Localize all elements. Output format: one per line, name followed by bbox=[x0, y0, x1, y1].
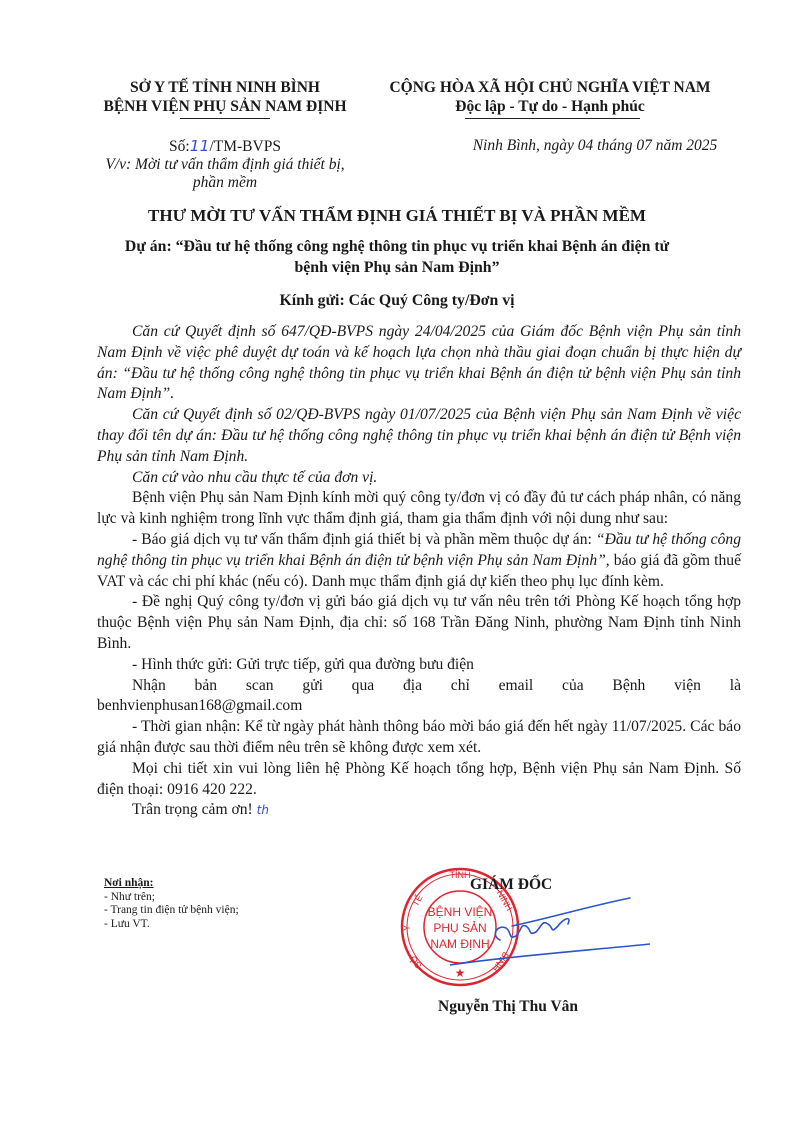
quote-request-paragraph: - Báo giá dịch vụ tư vấn thẩm định giá t… bbox=[97, 530, 741, 592]
number-suffix: /TM-BVPS bbox=[209, 138, 281, 155]
deadline-paragraph: - Thời gian nhận: Kể từ ngày phát hành t… bbox=[97, 717, 741, 759]
header-right-underline bbox=[465, 118, 640, 119]
document-reference: Số:11/TM-BVPS V/v: Mời tư vấn thẩm định … bbox=[95, 137, 355, 192]
letter-body: Căn cứ Quyết định số 647/QĐ-BVPS ngày 24… bbox=[97, 322, 741, 821]
invitation-paragraph: Bệnh viện Phụ sản Nam Định kính mời quý … bbox=[97, 488, 741, 530]
signature-icon bbox=[450, 880, 650, 970]
svg-text:Y: Y bbox=[402, 925, 412, 931]
basis-paragraph-1: Căn cứ Quyết định số 647/QĐ-BVPS ngày 24… bbox=[97, 322, 741, 405]
document-title: THƯ MỜI TƯ VẤN THẨM ĐỊNH GIÁ THIẾT BỊ VÀ… bbox=[60, 206, 734, 226]
hospital-name: BỆNH VIỆN PHỤ SẢN NAM ĐỊNH bbox=[95, 97, 355, 116]
subject-line-1: V/v: Mời tư vấn thẩm định giá thiết bị, bbox=[95, 156, 355, 174]
email-intro-paragraph: Nhận bản scan gửi qua địa chỉ email của … bbox=[97, 676, 741, 697]
contact-paragraph: Mọi chi tiết xin vui lòng liên hệ Phòng … bbox=[97, 759, 741, 801]
country-name: CỘNG HÒA XÃ HỘI CHỦ NGHĨA VIỆT NAM bbox=[355, 78, 745, 97]
handwritten-initials: th bbox=[257, 803, 269, 817]
motto: Độc lập - Tự do - Hạnh phúc bbox=[355, 97, 745, 116]
submission-address-paragraph: - Đề nghị Quý công ty/đơn vị gửi báo giá… bbox=[97, 592, 741, 654]
project-line-2: bệnh viện Phụ sản Nam Định” bbox=[60, 257, 734, 278]
signatory-name: Nguyễn Thị Thu Vân bbox=[438, 998, 578, 1016]
department-name: SỞ Y TẾ TỈNH NINH BÌNH bbox=[95, 78, 355, 97]
national-motto: CỘNG HÒA XÃ HỘI CHỦ NGHĨA VIỆT NAM Độc l… bbox=[355, 78, 745, 116]
svg-text:TỈNH: TỈNH bbox=[450, 869, 471, 880]
handwritten-number: 11 bbox=[190, 137, 210, 155]
document-number: Số:11/TM-BVPS bbox=[95, 137, 355, 156]
recipient-item: - Trang tin điện tử bệnh viện; bbox=[104, 904, 239, 918]
recipient-item: - Lưu VT. bbox=[104, 918, 239, 932]
basis-paragraph-2: Căn cứ Quyết định số 02/QĐ-BVPS ngày 01/… bbox=[97, 405, 741, 467]
recipients-block: Nơi nhận: - Như trên; - Trang tin điện t… bbox=[104, 877, 239, 931]
number-prefix: Số: bbox=[169, 138, 190, 155]
project-line-1: Dự án: “Đầu tư hệ thống công nghệ thông … bbox=[60, 236, 734, 257]
closing-text: Trân trọng cảm ơn! bbox=[132, 801, 253, 818]
submission-method-paragraph: - Hình thức gửi: Gửi trực tiếp, gửi qua … bbox=[97, 655, 741, 676]
recipient-item: - Như trên; bbox=[104, 891, 239, 905]
recipient-line: Kính gửi: Các Quý Công ty/Đơn vị bbox=[60, 290, 734, 311]
issuing-authority: SỞ Y TẾ TỈNH NINH BÌNH BỆNH VIỆN PHỤ SẢN… bbox=[95, 78, 355, 116]
issue-date: Ninh Bình, ngày 04 tháng 07 năm 2025 bbox=[440, 137, 750, 155]
email-address[interactable]: benhvienphusan168@gmail.com bbox=[97, 696, 741, 717]
quote-request-lead: - Báo giá dịch vụ tư vấn thẩm định giá t… bbox=[132, 531, 596, 548]
header-left-underline bbox=[180, 118, 270, 119]
basis-paragraph-3: Căn cứ vào nhu cầu thực tế của đơn vị. bbox=[97, 468, 741, 489]
subject-line-2: phần mềm bbox=[95, 174, 355, 192]
closing-line: Trân trọng cảm ơn! th bbox=[97, 800, 741, 821]
recipients-heading: Nơi nhận: bbox=[104, 877, 239, 891]
